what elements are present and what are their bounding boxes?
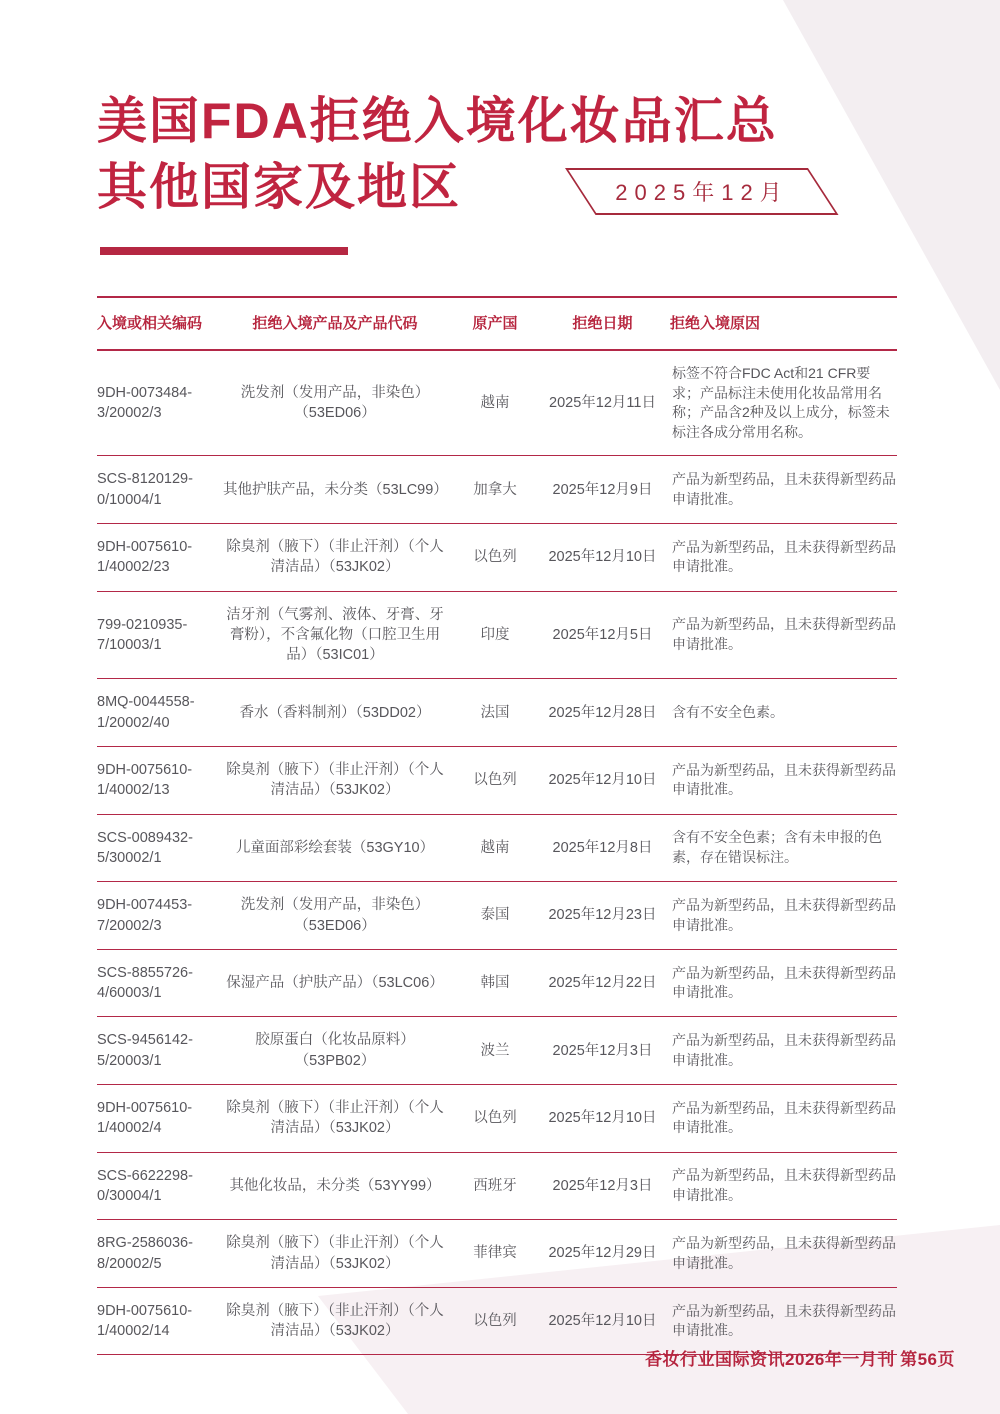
header-origin-country: 原产国 bbox=[455, 298, 535, 349]
origin-country-cell: 韩国 bbox=[455, 960, 535, 1006]
refusal-reason-cell: 产品为新型药品，且未获得新型药品申请批准。 bbox=[670, 1086, 897, 1151]
product-cell: 洁牙剂（气雾剂、液体、牙膏、牙膏粉），不含氟化物（口腔卫生用品）（53IC01） bbox=[215, 592, 455, 679]
header-refusal-date: 拒绝日期 bbox=[535, 298, 670, 349]
refusal-date-cell: 2025年12月10日 bbox=[535, 1298, 670, 1344]
product-cell: 除臭剂（腋下）（非止汗剂）（个人清洁品）（53JK02） bbox=[215, 747, 455, 814]
entry-code-cell: 9DH-0075610- 1/40002/4 bbox=[97, 1085, 215, 1152]
entry-code-cell: 9DH-0073484- 3/20002/3 bbox=[97, 370, 215, 437]
table-row: SCS-9456142- 5/20003/1 胶原蛋白（化妆品原料）（53PB0… bbox=[97, 1017, 897, 1085]
page-title-line1: 美国FDA拒绝入境化妆品汇总 bbox=[97, 88, 957, 154]
refusal-table: 入境或相关编码 拒绝入境产品及产品代码 原产国 拒绝日期 拒绝入境原因 9DH-… bbox=[97, 296, 897, 1355]
refusal-reason-cell: 产品为新型药品，且未获得新型药品申请批准。 bbox=[670, 1153, 897, 1218]
table-row: 8RG-2586036- 8/20002/5 除臭剂（腋下）（非止汗剂）（个人清… bbox=[97, 1220, 897, 1288]
refusal-reason-cell: 产品为新型药品，且未获得新型药品申请批准。 bbox=[670, 457, 897, 522]
product-cell: 胶原蛋白（化妆品原料）（53PB02） bbox=[215, 1017, 455, 1084]
refusal-reason-cell: 产品为新型药品，且未获得新型药品申请批准。 bbox=[670, 1221, 897, 1286]
refusal-reason-cell: 含有不安全色素。 bbox=[670, 690, 897, 736]
table-body: 9DH-0073484- 3/20002/3 洗发剂（发用产品，非染色）（53E… bbox=[97, 351, 897, 1355]
origin-country-cell: 泰国 bbox=[455, 892, 535, 938]
origin-country-cell: 以色列 bbox=[455, 757, 535, 803]
refusal-date-cell: 2025年12月10日 bbox=[535, 757, 670, 803]
refusal-reason-cell: 产品为新型药品，且未获得新型药品申请批准。 bbox=[670, 1289, 897, 1354]
entry-code-cell: SCS-6622298- 0/30004/1 bbox=[97, 1153, 215, 1220]
refusal-reason-cell: 产品为新型药品，且未获得新型药品申请批准。 bbox=[670, 748, 897, 813]
entry-code-cell: 9DH-0075610- 1/40002/13 bbox=[97, 747, 215, 814]
origin-country-cell: 印度 bbox=[455, 612, 535, 658]
date-badge-label: 2025年12月 bbox=[615, 176, 788, 207]
table-row: 9DH-0074453- 7/20002/3 洗发剂（发用产品，非染色）（53E… bbox=[97, 882, 897, 950]
refusal-date-cell: 2025年12月5日 bbox=[535, 612, 670, 658]
table-row: 8MQ-0044558- 1/20002/40 香水（香料制剂）（53DD02）… bbox=[97, 679, 897, 747]
entry-code-cell: SCS-0089432- 5/30002/1 bbox=[97, 815, 215, 882]
refusal-date-cell: 2025年12月22日 bbox=[535, 960, 670, 1006]
origin-country-cell: 法国 bbox=[455, 690, 535, 736]
product-cell: 儿童面部彩绘套装（53GY10） bbox=[215, 825, 455, 871]
product-cell: 除臭剂（腋下）（非止汗剂）（个人清洁品）（53JK02） bbox=[215, 1220, 455, 1287]
refusal-reason-cell: 产品为新型药品，且未获得新型药品申请批准。 bbox=[670, 525, 897, 590]
refusal-date-cell: 2025年12月11日 bbox=[535, 380, 670, 426]
refusal-date-cell: 2025年12月9日 bbox=[535, 467, 670, 513]
product-cell: 除臭剂（腋下）（非止汗剂）（个人清洁品）（53JK02） bbox=[215, 1085, 455, 1152]
refusal-reason-cell: 产品为新型药品，且未获得新型药品申请批准。 bbox=[670, 602, 897, 667]
product-cell: 除臭剂（腋下）（非止汗剂）（个人清洁品）（53JK02） bbox=[215, 524, 455, 591]
entry-code-cell: 799-0210935- 7/10003/1 bbox=[97, 602, 215, 669]
table-row: 9DH-0075610- 1/40002/23 除臭剂（腋下）（非止汗剂）（个人… bbox=[97, 524, 897, 592]
refusal-date-cell: 2025年12月10日 bbox=[535, 1095, 670, 1141]
table-row: 799-0210935- 7/10003/1 洁牙剂（气雾剂、液体、牙膏、牙膏粉… bbox=[97, 592, 897, 680]
refusal-date-cell: 2025年12月10日 bbox=[535, 534, 670, 580]
refusal-date-cell: 2025年12月8日 bbox=[535, 825, 670, 871]
page-footer: 香妆行业国际资讯2026年一月刊 第56页 bbox=[645, 1345, 955, 1370]
refusal-date-cell: 2025年12月3日 bbox=[535, 1163, 670, 1209]
entry-code-cell: 9DH-0075610- 1/40002/23 bbox=[97, 524, 215, 591]
entry-code-cell: 8RG-2586036- 8/20002/5 bbox=[97, 1220, 215, 1287]
title-underline-bar bbox=[100, 247, 348, 255]
refusal-date-cell: 2025年12月3日 bbox=[535, 1028, 670, 1074]
origin-country-cell: 以色列 bbox=[455, 1095, 535, 1141]
origin-country-cell: 越南 bbox=[455, 825, 535, 871]
product-cell: 除臭剂（腋下）（非止汗剂）（个人清洁品）（53JK02） bbox=[215, 1288, 455, 1355]
table-row: SCS-8855726- 4/60003/1 保湿产品（护肤产品）（53LC06… bbox=[97, 950, 897, 1018]
entry-code-cell: 9DH-0074453- 7/20002/3 bbox=[97, 882, 215, 949]
origin-country-cell: 越南 bbox=[455, 380, 535, 426]
table-row: 9DH-0075610- 1/40002/4 除臭剂（腋下）（非止汗剂）（个人清… bbox=[97, 1085, 897, 1153]
refusal-date-cell: 2025年12月28日 bbox=[535, 690, 670, 736]
product-cell: 洗发剂（发用产品，非染色）（53ED06） bbox=[215, 882, 455, 949]
refusal-reason-cell: 产品为新型药品，且未获得新型药品申请批准。 bbox=[670, 1018, 897, 1083]
origin-country-cell: 加拿大 bbox=[455, 467, 535, 513]
entry-code-cell: SCS-9456142- 5/20003/1 bbox=[97, 1017, 215, 1084]
product-cell: 其他护肤产品，未分类（53LC99） bbox=[215, 467, 455, 513]
refusal-reason-cell: 标签不符合FDC Act和21 CFR要求；产品标注未使用化妆品常用名称；产品含… bbox=[670, 351, 897, 455]
table-row: 9DH-0073484- 3/20002/3 洗发剂（发用产品，非染色）（53E… bbox=[97, 351, 897, 456]
date-badge: 2025年12月 bbox=[565, 168, 839, 215]
entry-code-cell: SCS-8120129- 0/10004/1 bbox=[97, 456, 215, 523]
table-row: SCS-0089432- 5/30002/1 儿童面部彩绘套装（53GY10） … bbox=[97, 815, 897, 883]
table-row: SCS-8120129- 0/10004/1 其他护肤产品，未分类（53LC99… bbox=[97, 456, 897, 524]
product-cell: 洗发剂（发用产品，非染色）（53ED06） bbox=[215, 370, 455, 437]
entry-code-cell: 9DH-0075610- 1/40002/14 bbox=[97, 1288, 215, 1355]
product-cell: 其他化妆品，未分类（53YY99） bbox=[215, 1163, 455, 1209]
refusal-date-cell: 2025年12月29日 bbox=[535, 1230, 670, 1276]
header-product: 拒绝入境产品及产品代码 bbox=[215, 298, 455, 349]
table-row: SCS-6622298- 0/30004/1 其他化妆品，未分类（53YY99）… bbox=[97, 1153, 897, 1221]
table-header-row: 入境或相关编码 拒绝入境产品及产品代码 原产国 拒绝日期 拒绝入境原因 bbox=[97, 296, 897, 351]
origin-country-cell: 以色列 bbox=[455, 534, 535, 580]
product-cell: 保湿产品（护肤产品）（53LC06） bbox=[215, 960, 455, 1006]
header-entry-code: 入境或相关编码 bbox=[97, 298, 215, 349]
origin-country-cell: 波兰 bbox=[455, 1028, 535, 1074]
table-row: 9DH-0075610- 1/40002/13 除臭剂（腋下）（非止汗剂）（个人… bbox=[97, 747, 897, 815]
refusal-reason-cell: 含有不安全色素；含有未申报的色素，存在错误标注。 bbox=[670, 815, 897, 880]
refusal-reason-cell: 产品为新型药品，且未获得新型药品申请批准。 bbox=[670, 951, 897, 1016]
product-cell: 香水（香料制剂）（53DD02） bbox=[215, 690, 455, 736]
origin-country-cell: 西班牙 bbox=[455, 1163, 535, 1209]
entry-code-cell: 8MQ-0044558- 1/20002/40 bbox=[97, 679, 215, 746]
header-refusal-reason: 拒绝入境原因 bbox=[670, 298, 897, 349]
origin-country-cell: 菲律宾 bbox=[455, 1230, 535, 1276]
refusal-date-cell: 2025年12月23日 bbox=[535, 892, 670, 938]
entry-code-cell: SCS-8855726- 4/60003/1 bbox=[97, 950, 215, 1017]
origin-country-cell: 以色列 bbox=[455, 1298, 535, 1344]
refusal-reason-cell: 产品为新型药品，且未获得新型药品申请批准。 bbox=[670, 883, 897, 948]
